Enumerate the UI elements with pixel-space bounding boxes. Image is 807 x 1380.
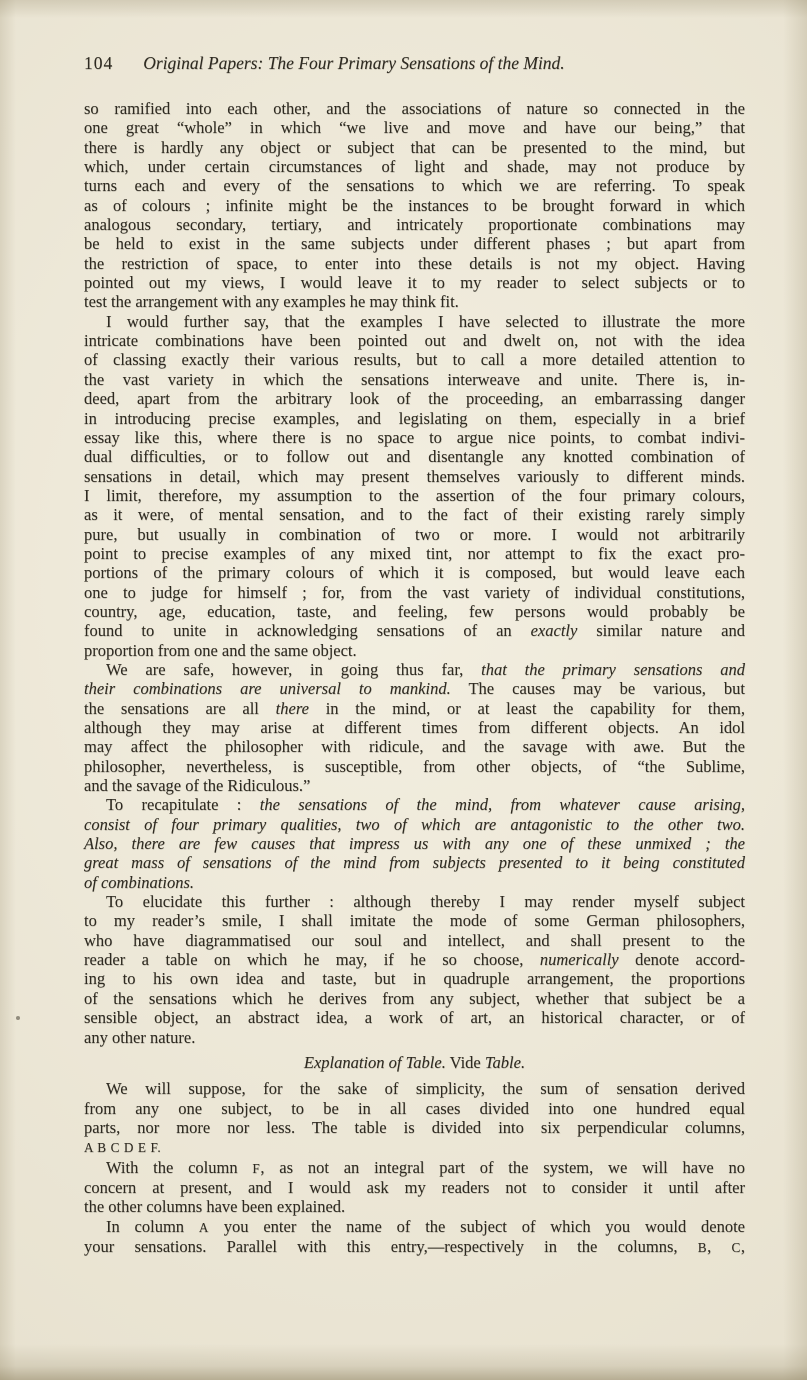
- text-line: parts, nor more nor less. The table is d…: [84, 1118, 745, 1137]
- text-segment: in the mind, or at least the capability …: [309, 699, 745, 718]
- text-segment: there is hardly any object or subject th…: [84, 138, 745, 157]
- text-segment: to my reader’s smile, I shall imitate th…: [84, 911, 745, 930]
- text-line: from any one subject, to be in all cases…: [84, 1099, 745, 1118]
- running-title: Original Papers: The Four Primary Sensat…: [143, 53, 564, 73]
- text-segment: found to unite in acknowledging sensatio…: [84, 621, 531, 640]
- text-segment: Also, there are few causes that impress …: [84, 834, 745, 853]
- text-line: to my reader’s smile, I shall imitate th…: [84, 911, 745, 930]
- text-line: who have diagrammatised our soul and int…: [84, 931, 745, 950]
- text-segment: concern at present, and I would ask my r…: [84, 1178, 745, 1197]
- text-line: as it were, of mental sensation, and to …: [84, 505, 745, 524]
- text-line: although they may arise at different tim…: [84, 718, 745, 737]
- text-segment: the restriction of space, to enter into …: [84, 254, 745, 273]
- text-segment: With the column: [106, 1158, 252, 1177]
- text-line: great mass of sensations of the mind fro…: [84, 853, 745, 872]
- text-segment: and the savage of the Ridiculous.”: [84, 776, 310, 795]
- text-line: To recapitulate : the sensations of the …: [84, 795, 745, 814]
- text-column: so ramified into each other, and the ass…: [84, 99, 745, 1257]
- text-segment: I would further say, that the examples I…: [106, 312, 745, 331]
- text-line: found to unite in acknowledging sensatio…: [84, 621, 745, 640]
- text-segment: portions of the primary colours of which…: [84, 563, 745, 582]
- text-segment: as of colours ; infinite might be the in…: [84, 196, 745, 215]
- text-line: country, age, education, taste, and feel…: [84, 602, 745, 621]
- text-segment: B: [698, 1240, 707, 1255]
- book-page: 104Original Papers: The Four Primary Sen…: [0, 0, 807, 1380]
- text-segment: dual difficulties, or to follow out and …: [84, 447, 745, 466]
- text-segment: Explanation of Table.: [304, 1053, 446, 1072]
- text-segment: as it were, of mental sensation, and to …: [84, 505, 745, 524]
- text-segment: any other nature.: [84, 1028, 195, 1047]
- text-line: their combinations are universal to mank…: [84, 679, 745, 698]
- text-line: one to judge for himself ; for, from the…: [84, 583, 745, 602]
- text-line: in introducing precise examples, and leg…: [84, 409, 745, 428]
- text-segment: Vide: [446, 1053, 485, 1072]
- text-segment: the sensations of the mind, from whateve…: [260, 795, 745, 814]
- text-segment: , as not an integral part of the system,…: [260, 1158, 745, 1177]
- text-segment: turns each and every of the sensations t…: [84, 176, 745, 195]
- text-segment: The causes may be various, but: [451, 679, 745, 698]
- text-segment: their combinations are universal to mank…: [84, 679, 451, 698]
- text-line: essay like this, where there is no space…: [84, 428, 745, 447]
- text-segment: so ramified into each other, and the ass…: [84, 99, 745, 118]
- text-segment: of the sensations which he derives from …: [84, 989, 745, 1008]
- text-segment: that the primary sensations and: [481, 660, 745, 679]
- text-line: analogous secondary, tertiary, and intri…: [84, 215, 745, 234]
- page-header: 104Original Papers: The Four Primary Sen…: [84, 52, 745, 74]
- text-segment: In column: [106, 1217, 199, 1236]
- text-segment: exactly: [531, 621, 578, 640]
- text-segment: numerically: [540, 950, 619, 969]
- text-line: In column A you enter the name of the su…: [84, 1217, 745, 1237]
- paragraph: We are safe, however, in going thus far,…: [84, 660, 745, 795]
- text-line: which, under certain circumstances of li…: [84, 157, 745, 176]
- text-segment: proportion from one and the same object.: [84, 641, 357, 660]
- text-segment: philosopher, nevertheless, is susceptibl…: [84, 757, 745, 776]
- text-segment: sensible object, an abstract idea, a wor…: [84, 1008, 745, 1027]
- text-segment: denote accord-: [619, 950, 745, 969]
- text-line: your sensations. Parallel with this entr…: [84, 1237, 745, 1257]
- text-line: pure, but usually in combination of two …: [84, 525, 745, 544]
- text-line: of the sensations which he derives from …: [84, 989, 745, 1008]
- text-segment: your sensations. Parallel with this entr…: [84, 1237, 698, 1256]
- text-line: pointed out my views, I would leave it t…: [84, 273, 745, 292]
- text-line: sensible object, an abstract idea, a wor…: [84, 1008, 745, 1027]
- text-line: With the column F, as not an integral pa…: [84, 1158, 745, 1178]
- text-segment: Table.: [485, 1053, 525, 1072]
- text-line: philosopher, nevertheless, is susceptibl…: [84, 757, 745, 776]
- text-segment: I limit, therefore, my assumption to the…: [84, 486, 745, 505]
- page-number: 104: [84, 52, 113, 74]
- text-segment: To recapitulate :: [106, 795, 260, 814]
- text-segment: A: [199, 1220, 209, 1235]
- text-line: turns each and every of the sensations t…: [84, 176, 745, 195]
- text-line: may affect the philosopher with ridicule…: [84, 737, 745, 756]
- text-segment: be held to exist in the same subjects un…: [84, 234, 745, 253]
- text-segment: great mass of sensations of the mind fro…: [84, 853, 745, 872]
- text-segment: We are safe, however, in going thus far,: [106, 660, 481, 679]
- text-line: portions of the primary colours of which…: [84, 563, 745, 582]
- text-segment: consist of four primary qualities, two o…: [84, 815, 745, 834]
- text-line: as of colours ; infinite might be the in…: [84, 196, 745, 215]
- text-line: of combinations.: [84, 873, 745, 892]
- text-segment: ing to his own idea and taste, but in qu…: [84, 969, 745, 988]
- text-line: Explanation of Table. Vide Table.: [84, 1053, 745, 1072]
- text-segment: test the arrangement with any examples h…: [84, 292, 459, 311]
- text-segment: who have diagrammatised our soul and int…: [84, 931, 745, 950]
- text-segment: you enter the name of the subject of whi…: [209, 1217, 745, 1236]
- paragraph: so ramified into each other, and the ass…: [84, 99, 745, 312]
- text-segment: the sensations are all: [84, 699, 276, 718]
- text-segment: in introducing precise examples, and leg…: [84, 409, 745, 428]
- text-segment: may affect the philosopher with ridicule…: [84, 737, 745, 756]
- text-line: any other nature.: [84, 1028, 745, 1047]
- text-line: the sensations are all there in the mind…: [84, 699, 745, 718]
- section-heading: Explanation of Table. Vide Table.: [84, 1053, 745, 1072]
- text-segment: deed, apart from the arbitrary look of t…: [84, 389, 745, 408]
- text-line: there is hardly any object or subject th…: [84, 138, 745, 157]
- text-line: the vast variety in which the sensations…: [84, 370, 745, 389]
- text-segment: of combinations.: [84, 873, 194, 892]
- text-line: point to precise examples of any mixed t…: [84, 544, 745, 563]
- text-segment: similar nature and: [577, 621, 745, 640]
- text-segment: A B C D E F.: [84, 1140, 161, 1155]
- text-segment: reader a table on which he may, if he so…: [84, 950, 540, 969]
- text-line: concern at present, and I would ask my r…: [84, 1178, 745, 1197]
- text-segment: sensations in detail, which may present …: [84, 467, 745, 486]
- text-segment: intricate combinations have been pointed…: [84, 331, 745, 350]
- text-line: We will suppose, for the sake of simplic…: [84, 1079, 745, 1098]
- text-segment: point to precise examples of any mixed t…: [84, 544, 745, 563]
- text-line: dual difficulties, or to follow out and …: [84, 447, 745, 466]
- text-line: I limit, therefore, my assumption to the…: [84, 486, 745, 505]
- text-line: proportion from one and the same object.: [84, 641, 745, 660]
- text-segment: although they may arise at different tim…: [84, 718, 745, 737]
- text-segment: the other columns have been explained.: [84, 1197, 345, 1216]
- text-segment: analogous secondary, tertiary, and intri…: [84, 215, 745, 234]
- text-segment: ,: [707, 1237, 731, 1256]
- text-line: A B C D E F.: [84, 1137, 745, 1157]
- text-segment: We will suppose, for the sake of simplic…: [106, 1079, 745, 1098]
- paragraph: To elucidate this further : although the…: [84, 892, 745, 1047]
- ink-speck: [16, 1016, 20, 1020]
- text-segment: ,: [741, 1237, 745, 1256]
- text-segment: pointed out my views, I would leave it t…: [84, 273, 745, 292]
- paragraph: To recapitulate : the sensations of the …: [84, 795, 745, 892]
- text-segment: pure, but usually in combination of two …: [84, 525, 745, 544]
- paragraph: In column A you enter the name of the su…: [84, 1217, 745, 1258]
- text-line: To elucidate this further : although the…: [84, 892, 745, 911]
- text-line: ing to his own idea and taste, but in qu…: [84, 969, 745, 988]
- text-segment: To elucidate this further : although the…: [106, 892, 745, 911]
- text-segment: parts, nor more nor less. The table is d…: [84, 1118, 745, 1137]
- text-segment: country, age, education, taste, and feel…: [84, 602, 745, 621]
- text-line: intricate combinations have been pointed…: [84, 331, 745, 350]
- text-line: We are safe, however, in going thus far,…: [84, 660, 745, 679]
- text-line: I would further say, that the examples I…: [84, 312, 745, 331]
- text-line: be held to exist in the same subjects un…: [84, 234, 745, 253]
- text-line: and the savage of the Ridiculous.”: [84, 776, 745, 795]
- paragraph: With the column F, as not an integral pa…: [84, 1158, 745, 1217]
- text-line: so ramified into each other, and the ass…: [84, 99, 745, 118]
- text-segment: there: [276, 699, 309, 718]
- text-line: sensations in detail, which may present …: [84, 467, 745, 486]
- text-segment: which, under certain circumstances of li…: [84, 157, 745, 176]
- text-line: consist of four primary qualities, two o…: [84, 815, 745, 834]
- text-line: Also, there are few causes that impress …: [84, 834, 745, 853]
- text-segment: C: [731, 1240, 740, 1255]
- paragraph: We will suppose, for the sake of simplic…: [84, 1079, 745, 1157]
- text-segment: one to judge for himself ; for, from the…: [84, 583, 745, 602]
- text-segment: essay like this, where there is no space…: [84, 428, 745, 447]
- text-line: reader a table on which he may, if he so…: [84, 950, 745, 969]
- paragraph: I would further say, that the examples I…: [84, 312, 745, 660]
- text-segment: the vast variety in which the sensations…: [84, 370, 745, 389]
- text-line: of classing exactly their various result…: [84, 350, 745, 369]
- text-segment: of classing exactly their various result…: [84, 350, 745, 369]
- text-segment: from any one subject, to be in all cases…: [84, 1099, 745, 1118]
- text-line: the restriction of space, to enter into …: [84, 254, 745, 273]
- text-line: test the arrangement with any examples h…: [84, 292, 745, 311]
- text-line: one great “whole” in which “we live and …: [84, 118, 745, 137]
- text-line: deed, apart from the arbitrary look of t…: [84, 389, 745, 408]
- text-segment: one great “whole” in which “we live and …: [84, 118, 745, 137]
- text-line: the other columns have been explained.: [84, 1197, 745, 1216]
